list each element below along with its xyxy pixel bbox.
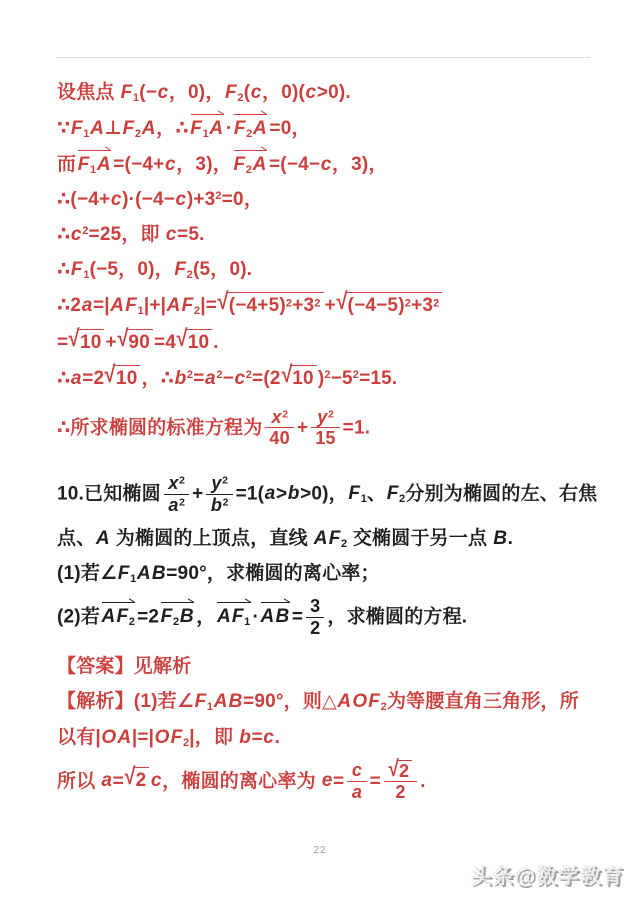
math-text: 10 <box>188 332 210 353</box>
math-variable: A <box>136 563 151 584</box>
math-text: 90 <box>128 332 150 353</box>
math-vector: F2A <box>232 115 269 141</box>
math-variable: F <box>77 154 90 175</box>
radical-sign-icon: √ <box>177 323 188 354</box>
math-vector: AF2 <box>100 603 137 629</box>
math-vector: AB <box>259 603 292 629</box>
math-variable: x <box>168 473 179 493</box>
solution9-line-foci-coords: ∴F1(−5，0)，F2(5，0). <box>57 257 594 282</box>
solution9-line-standard-equation: ∴所求椭圆的标准方程为x240+y215=1. <box>57 407 594 450</box>
math-text: ∴(−4+ <box>57 189 110 210</box>
math-text: =5. <box>177 224 205 245</box>
fraction-numerator: y2 <box>206 473 232 495</box>
math-radicand: 10 <box>290 365 317 391</box>
math-fraction: x240 <box>265 407 293 450</box>
document-content: 设焦点 F1(−c，0)，F2(c，0)(c>0). ∵F1A⊥F2A，∴F1A… <box>57 80 594 813</box>
problem10-line-part1: (1)若∠F1AB=90°，求椭圆的离心率； <box>57 561 594 586</box>
math-text: |，即 <box>189 727 238 748</box>
fraction-denominator: 2 <box>306 618 324 639</box>
math-variable: A <box>90 118 105 139</box>
math-variable: F <box>368 691 381 712</box>
problem10-line-statement: 10.已知椭圆x2a2+y2b2=1(a>b>0)，F1、F2分别为椭圆的左、右… <box>57 473 594 516</box>
math-superscript: 2 <box>222 475 228 486</box>
math-text: (5，0). <box>193 259 252 280</box>
math-variable: B <box>275 606 290 627</box>
math-text: |= <box>200 295 217 316</box>
math-text: (1)若∠ <box>57 563 117 584</box>
math-text: )·(−4− <box>122 189 175 210</box>
math-superscript: 2 <box>328 409 334 420</box>
math-text: = <box>333 770 344 791</box>
watermark: 头条@数学教育 <box>471 860 624 890</box>
math-text: 设焦点 <box>57 82 120 103</box>
math-text: 分别为椭圆的左、右焦 <box>405 483 597 504</box>
math-text: 2 <box>395 782 405 802</box>
solution9-line-sqrt-sum: =√10+√90=4√10. <box>57 329 594 355</box>
math-text: =15. <box>359 368 397 389</box>
math-variable: A <box>337 691 352 712</box>
math-variable: A <box>101 606 116 627</box>
math-fraction: y2b2 <box>206 473 232 516</box>
math-variable: F <box>120 82 133 103</box>
math-variable: A <box>252 154 267 175</box>
math-text: =2 <box>137 606 159 627</box>
math-radicand: 10 <box>114 365 141 391</box>
math-text: = <box>292 606 303 627</box>
analysis-line-2: 以有|OA|=|OF2|，即 b=c. <box>57 725 594 750</box>
fraction-numerator: c <box>347 760 366 782</box>
math-text: ∴ <box>57 224 70 245</box>
math-text: 点、 <box>57 528 95 549</box>
math-text: =1. <box>343 417 371 438</box>
math-text: =(2 <box>252 368 281 389</box>
math-text: >0). <box>317 82 351 103</box>
math-variable: B <box>179 606 194 627</box>
math-variable: A <box>166 295 181 316</box>
math-variable: F <box>116 606 129 627</box>
math-text: ，3)， <box>332 154 388 175</box>
math-text: = <box>370 770 381 791</box>
math-variable: A <box>96 154 111 175</box>
math-variable: b <box>239 727 252 748</box>
math-variable: a <box>81 295 93 316</box>
math-variable: B <box>493 528 508 549</box>
math-variable: F <box>386 483 399 504</box>
math-vector: AF1 <box>215 603 252 629</box>
math-variable: y <box>317 407 328 427</box>
math-text: 交椭圆于另一点 <box>347 528 492 549</box>
math-variable: F <box>125 295 138 316</box>
math-variable: c <box>351 760 362 780</box>
math-text: 10 <box>292 368 314 389</box>
math-variable: c <box>70 224 82 245</box>
math-variable: F <box>194 691 207 712</box>
math-text: =90°，求椭圆的离心率； <box>166 563 379 584</box>
math-fraction: 32 <box>306 596 324 639</box>
math-variable: O <box>154 727 170 748</box>
math-variable: x <box>271 407 282 427</box>
problem10-line-statement-2: 点、A 为椭圆的上顶点，直线 AF2 交椭圆于另一点 B. <box>57 526 594 551</box>
math-text: =0， <box>222 189 263 210</box>
radical-sign-icon: √ <box>336 287 347 318</box>
math-variable: c <box>320 154 332 175</box>
math-text: ∴ <box>57 259 70 280</box>
radical-sign-icon: √ <box>388 755 399 781</box>
solution9-line-perpendicular: ∵F1A⊥F2A，∴F1A·F2A=0， <box>57 115 594 141</box>
math-variable: O <box>352 691 368 712</box>
math-text: =(−4− <box>269 154 320 175</box>
math-text: +3 <box>292 295 314 316</box>
math-text: =1( <box>236 483 265 504</box>
math-fraction: ca <box>347 760 366 803</box>
math-radicand: 90 <box>126 329 153 355</box>
math-text: . <box>213 332 218 353</box>
solution9-line-vectors: 而F1A=(−4+c，3)，F2A=(−4−c，3)， <box>57 151 594 177</box>
math-variable: c <box>164 154 176 175</box>
math-superscript: 2 <box>314 298 320 310</box>
math-variable: A <box>117 727 132 748</box>
solution9-line-2a-sum: ∴2a=|AF1|+|AF2|=√(−4+5)2+32+√(−4−5)2+32 <box>57 292 594 318</box>
math-variable: F <box>160 606 173 627</box>
math-superscript: 2 <box>223 497 229 508</box>
math-text: + <box>105 332 116 353</box>
math-text: >0)， <box>300 483 348 504</box>
math-variable: O <box>101 727 117 748</box>
math-text: ∵ <box>57 118 70 139</box>
math-variable: B <box>228 691 243 712</box>
math-superscript: 2 <box>179 497 185 508</box>
math-text: + <box>325 295 336 316</box>
math-variable: F <box>190 118 203 139</box>
math-text: |=| <box>132 727 154 748</box>
fraction-numerator: 3 <box>306 596 324 618</box>
math-variable: y <box>211 473 222 493</box>
math-variable: c <box>175 189 187 210</box>
math-vector: F2A <box>232 151 269 177</box>
math-variable: b <box>210 495 222 515</box>
math-subscript: 1 <box>244 616 250 628</box>
math-variable: A <box>313 528 328 549</box>
fraction-denominator: 40 <box>265 428 293 449</box>
math-sqrt: √10 <box>177 329 212 355</box>
math-text: = <box>252 727 263 748</box>
math-variable: F <box>233 118 246 139</box>
math-variable: A <box>110 295 125 316</box>
math-text: + <box>192 483 203 504</box>
math-text: )+3 <box>187 189 216 210</box>
math-text: = <box>113 770 124 791</box>
math-text: . <box>508 528 513 549</box>
math-variable: A <box>260 606 275 627</box>
math-variable: A <box>213 691 228 712</box>
radical-sign-icon: √ <box>105 359 116 390</box>
math-variable: A <box>209 118 224 139</box>
math-text: =2 <box>82 368 104 389</box>
math-superscript: 2 <box>179 475 185 486</box>
math-subscript: 1 <box>203 128 209 140</box>
math-variable: F <box>174 259 187 280</box>
math-text: > <box>276 483 287 504</box>
math-text: 【答案】见解析 <box>57 656 191 677</box>
math-variable: F <box>170 727 183 748</box>
math-variable: A <box>95 528 110 549</box>
math-text: 10 <box>116 368 138 389</box>
math-text: ，椭圆的离心率为 <box>162 770 321 791</box>
math-variable: B <box>151 563 166 584</box>
math-variable: A <box>252 118 267 139</box>
math-text: ，0)( <box>262 82 305 103</box>
math-subscript: 2 <box>129 616 135 628</box>
math-text: +3 <box>411 295 433 316</box>
math-text: 3 <box>310 596 320 616</box>
analysis-line-3: 所以 a=√2c，椭圆的离心率为 e=ca=√22. <box>57 760 594 804</box>
math-radicand: 10 <box>186 329 213 355</box>
math-fraction: x2a2 <box>164 473 189 516</box>
math-sqrt: √10 <box>69 329 104 355</box>
math-variable: c <box>157 82 169 103</box>
math-text: 10 <box>80 332 102 353</box>
math-radicand: 10 <box>78 329 105 355</box>
math-text: (−4+5) <box>229 295 286 316</box>
fraction-denominator: 2 <box>384 782 417 803</box>
math-variable: F <box>233 154 246 175</box>
math-text: −5 <box>331 368 353 389</box>
math-text: ∴2 <box>57 295 81 316</box>
math-sqrt: √10 <box>282 365 317 391</box>
math-variable: e <box>321 770 333 791</box>
fraction-denominator: a2 <box>164 495 189 516</box>
math-text: + <box>297 417 308 438</box>
math-variable: F <box>348 483 361 504</box>
math-variable: F <box>122 118 135 139</box>
math-subscript: 1 <box>83 128 89 140</box>
math-radicand: (−4+5)2+32 <box>227 292 324 318</box>
math-text: 为等腰直角三角形，所 <box>387 691 579 712</box>
answer-label-line: 【答案】见解析 <box>57 654 594 679</box>
fraction-denominator: a <box>347 782 366 803</box>
math-sqrt: √(−4+5)2+32 <box>218 292 324 318</box>
math-variable: A <box>216 606 231 627</box>
math-fraction: √22 <box>384 760 417 804</box>
math-text: . <box>420 770 425 791</box>
analysis-line-1: 【解析】(1)若∠F1AB=90°，则△AOF2为等腰直角三角形，所 <box>57 689 594 714</box>
math-sqrt: √2 <box>389 760 412 782</box>
math-text: . <box>275 727 280 748</box>
math-variable: a <box>351 782 362 802</box>
math-text: ，∴ <box>156 118 189 139</box>
math-sqrt: √10 <box>105 365 140 391</box>
fraction-numerator: √2 <box>384 760 417 783</box>
math-text: 以有| <box>57 727 101 748</box>
math-text: ，∴ <box>141 368 174 389</box>
fraction-numerator: y2 <box>311 407 339 429</box>
math-text: =4 <box>154 332 176 353</box>
math-variable: a <box>168 495 179 515</box>
radical-sign-icon: √ <box>124 762 135 793</box>
math-text: ，0)， <box>169 82 225 103</box>
math-variable: F <box>70 259 83 280</box>
math-variable: F <box>328 528 341 549</box>
math-variable: a <box>205 368 217 389</box>
math-text: ∴ <box>57 368 70 389</box>
math-fraction: y215 <box>311 407 339 450</box>
math-variable: b <box>174 368 187 389</box>
fraction-numerator: x2 <box>265 407 293 429</box>
math-variable: a <box>70 368 82 389</box>
math-text: (2)若 <box>57 606 100 627</box>
radical-sign-icon: √ <box>281 359 292 390</box>
math-text: ，求椭圆的方程. <box>327 606 467 627</box>
math-text: 而 <box>57 154 76 175</box>
math-variable: b <box>287 483 300 504</box>
math-variable: c <box>150 770 162 791</box>
math-text: 、 <box>367 483 386 504</box>
math-text: |+| <box>144 295 166 316</box>
math-text: (−5，0)， <box>90 259 174 280</box>
math-variable: c <box>234 368 246 389</box>
math-text: = <box>193 368 204 389</box>
math-variable: F <box>117 563 130 584</box>
math-sqrt: √2 <box>125 767 149 793</box>
math-text: (− <box>139 82 157 103</box>
math-vector: F1A <box>76 151 113 177</box>
math-variable: F <box>225 82 238 103</box>
math-variable: a <box>264 483 276 504</box>
math-vector: F1A <box>189 115 226 141</box>
math-variable: F <box>70 118 83 139</box>
document-page: 设焦点 F1(−c，0)，F2(c，0)(c>0). ∵F1A⊥F2A，∴F1A… <box>0 0 640 904</box>
math-superscript: 2 <box>282 409 288 420</box>
math-text: 为椭圆的上顶点，直线 <box>110 528 313 549</box>
math-text: 【解析】(1)若∠ <box>57 691 194 712</box>
solution9-line-dot-product: ∴(−4+c)·(−4−c)+32=0， <box>57 187 594 212</box>
math-text: − <box>223 368 234 389</box>
math-text: =(−4+ <box>113 154 164 175</box>
math-text: 2 <box>399 761 409 781</box>
math-text: 15 <box>315 428 335 448</box>
math-text: 2 <box>310 618 320 638</box>
math-sqrt: √90 <box>118 329 153 355</box>
math-text: ⊥ <box>104 118 122 139</box>
radical-sign-icon: √ <box>117 323 128 354</box>
math-variable: c <box>110 189 122 210</box>
math-text: =| <box>93 295 110 316</box>
solution9-line-c-value: ∴c2=25，即 c=5. <box>57 222 594 247</box>
solution9-line-b-squared: ∴a=2√10，∴b2=a2−c2=(2√10)2−52=15. <box>57 365 594 391</box>
math-text: ， <box>196 606 215 627</box>
math-text: ，3)， <box>176 154 232 175</box>
math-text: 所以 <box>57 770 101 791</box>
math-text: (−4−5) <box>348 295 405 316</box>
math-variable: c <box>305 82 317 103</box>
math-variable: c <box>250 82 262 103</box>
math-text: =0， <box>269 118 310 139</box>
math-text: ∴所求椭圆的标准方程为 <box>57 417 262 438</box>
fraction-denominator: 15 <box>311 428 339 449</box>
radical-sign-icon: √ <box>218 287 229 318</box>
math-text: =90°，则△ <box>243 691 337 712</box>
page-number: 22 <box>0 845 640 856</box>
math-vector: F2B <box>159 603 196 629</box>
math-variable: F <box>181 295 194 316</box>
math-superscript: 2 <box>433 298 439 310</box>
top-divider <box>56 57 590 58</box>
math-text: =25，即 <box>89 224 166 245</box>
math-text: 2 <box>136 770 147 791</box>
math-text: 40 <box>269 428 289 448</box>
fraction-numerator: x2 <box>164 473 189 495</box>
math-variable: A <box>141 118 156 139</box>
math-radicand: 2 <box>397 760 412 782</box>
math-sqrt: √(−4−5)2+32 <box>337 292 443 318</box>
radical-sign-icon: √ <box>69 323 80 354</box>
solution9-line-set-foci: 设焦点 F1(−c，0)，F2(c，0)(c>0). <box>57 80 594 105</box>
math-variable: c <box>263 727 275 748</box>
math-text: = <box>57 332 68 353</box>
math-variable: a <box>101 770 113 791</box>
math-variable: F <box>231 606 244 627</box>
math-text: 10.已知椭圆 <box>57 483 161 504</box>
problem10-line-part2: (2)若AF2=2F2B，AF1·AB=32，求椭圆的方程. <box>57 596 594 639</box>
math-radicand: (−4−5)2+32 <box>346 292 443 318</box>
math-variable: c <box>165 224 177 245</box>
fraction-denominator: b2 <box>206 495 232 516</box>
